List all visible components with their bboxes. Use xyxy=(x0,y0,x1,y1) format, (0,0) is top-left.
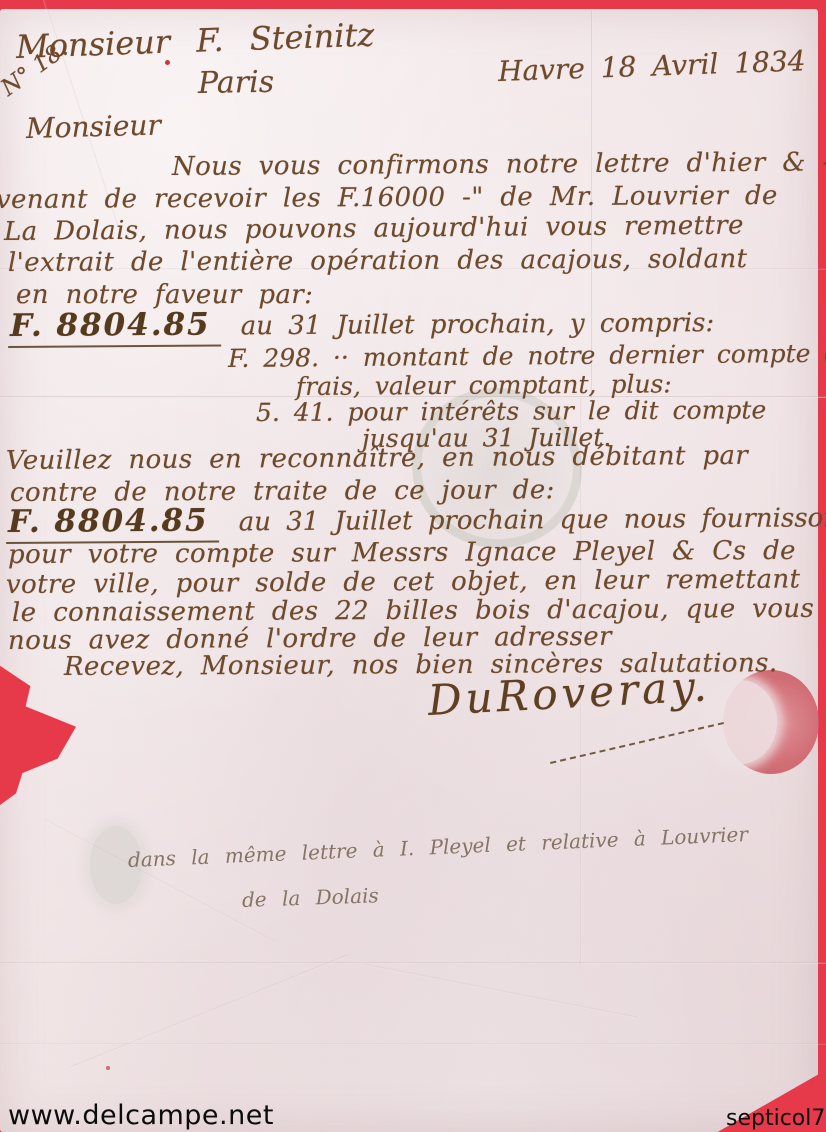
body-line: venant de recevoir les F.16000 -" de Mr.… xyxy=(0,181,778,215)
wax-seal-center xyxy=(703,680,777,764)
postscript-line: de la Dolais xyxy=(242,883,379,912)
wax-seal-stain xyxy=(723,670,819,774)
body-line: l'extrait de l'entière opération des aca… xyxy=(8,244,748,278)
amount-line-1: F. 8804.85au 31 Juillet prochain, y comp… xyxy=(8,303,714,344)
letter-photo: Monsieur F. Steinitz Paris Havre 18 Avri… xyxy=(0,0,826,1132)
amount-value: F. 8804.85 xyxy=(8,307,221,348)
ink-speck xyxy=(106,1066,110,1070)
sub-line: F. 298. ·· montant de notre dernier comp… xyxy=(228,339,826,373)
watermark-seller: septicol74 xyxy=(726,1106,826,1131)
amount-value: F. 8804.85 xyxy=(6,503,219,544)
body-line: Veuillez nous en reconnaître, en nous dé… xyxy=(6,441,748,476)
body-line: Nous vous confirmons notre lettre d'hier… xyxy=(172,147,826,182)
watermark-delcampe: www.delcampe.net xyxy=(8,1100,274,1131)
recipient-city: Paris xyxy=(198,65,275,101)
amount-rest: au 31 Juillet prochain, y compris: xyxy=(241,308,715,341)
amount-rest: au 31 Juillet prochain que nous fourniss… xyxy=(239,503,826,537)
amount-line-2: F. 8804.85au 31 Juillet prochain que nou… xyxy=(6,498,826,540)
salutation: Monsieur xyxy=(26,108,162,145)
